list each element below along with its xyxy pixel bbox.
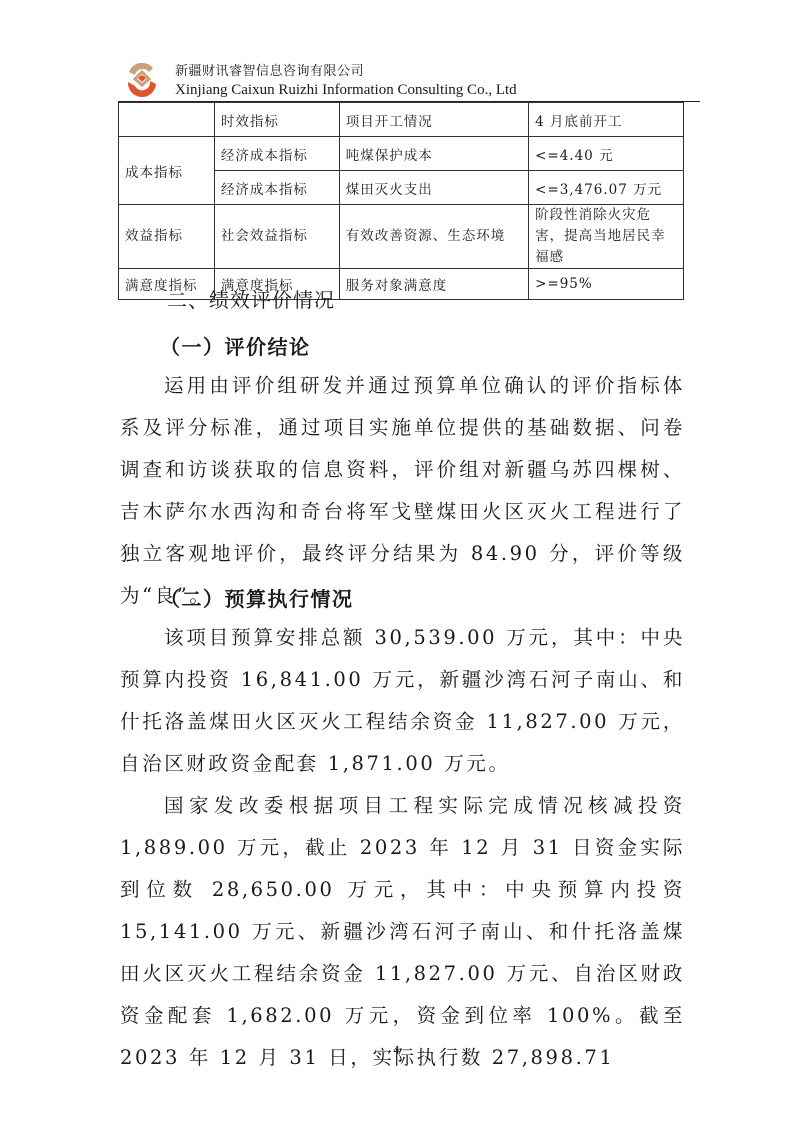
paragraph: 国家发改委根据项目工程实际完成情况核减投资 1,889.00 万元，截止 202… bbox=[120, 785, 685, 1079]
table-row: 时效指标 项目开工情况 4 月底前开工 bbox=[119, 103, 684, 137]
table-cell-value: >=95% bbox=[529, 269, 684, 300]
table-cell-level2: 社会效益指标 bbox=[214, 205, 339, 269]
table-row: 成本指标 经济成本指标 吨煤保护成本 <=4.40 元 bbox=[119, 137, 684, 171]
table-cell-level3: 吨煤保护成本 bbox=[339, 137, 528, 171]
table-cell-value: <=4.40 元 bbox=[529, 137, 684, 171]
table-cell-level3: 项目开工情况 bbox=[339, 103, 528, 137]
table-cell-level2: 时效指标 bbox=[214, 103, 339, 137]
table-row: 效益指标 社会效益指标 有效改善资源、生态环境 阶段性消除火灾危害，提高当地居民… bbox=[119, 205, 684, 269]
table-cell-level2: 经济成本指标 bbox=[214, 137, 339, 171]
table-cell-level1: 效益指标 bbox=[119, 205, 215, 269]
table-cell-value: <=3,476.07 万元 bbox=[529, 171, 684, 205]
company-name-cn: 新疆财讯睿智信息咨询有限公司 bbox=[175, 60, 364, 79]
page-number: 4 bbox=[0, 1044, 793, 1057]
budget-body-2: 国家发改委根据项目工程实际完成情况核减投资 1,889.00 万元，截止 202… bbox=[120, 785, 685, 1079]
table-cell-level3: 服务对象满意度 bbox=[339, 269, 528, 300]
table-cell-value: 阶段性消除火灾危害，提高当地居民幸福感 bbox=[529, 205, 684, 269]
conclusion-body: 运用由评价组研发并通过预算单位确认的评价指标体系及评分标准，通过项目实施单位提供… bbox=[120, 365, 685, 617]
table-cell-level1: 成本指标 bbox=[119, 137, 215, 205]
company-name-en: Xinjiang Caixun Ruizhi Information Consu… bbox=[175, 82, 517, 99]
subsection-heading-conclusion: （一）评价结论 bbox=[160, 331, 311, 360]
table-cell-level1 bbox=[119, 103, 215, 137]
subsection-heading-budget: （二）预算执行情况 bbox=[160, 583, 354, 612]
company-logo-icon bbox=[122, 58, 162, 98]
paragraph: 该项目预算安排总额 30,539.00 万元，其中：中央预算内投资 16,841… bbox=[120, 617, 685, 785]
table-cell-level3: 有效改善资源、生态环境 bbox=[339, 205, 528, 269]
table-cell-value: 4 月底前开工 bbox=[529, 103, 684, 137]
paragraph: 运用由评价组研发并通过预算单位确认的评价指标体系及评分标准，通过项目实施单位提供… bbox=[120, 365, 685, 617]
table-cell-level2: 经济成本指标 bbox=[214, 171, 339, 205]
budget-body-1: 该项目预算安排总额 30,539.00 万元，其中：中央预算内投资 16,841… bbox=[120, 617, 685, 785]
section-heading: 二、绩效评价情况 bbox=[167, 284, 335, 313]
performance-indicator-table: 时效指标 项目开工情况 4 月底前开工 成本指标 经济成本指标 吨煤保护成本 <… bbox=[118, 102, 684, 300]
table-cell-level3: 煤田灭火支出 bbox=[339, 171, 528, 205]
letterhead: 新疆财讯睿智信息咨询有限公司 Xinjiang Caixun Ruizhi In… bbox=[118, 52, 683, 102]
